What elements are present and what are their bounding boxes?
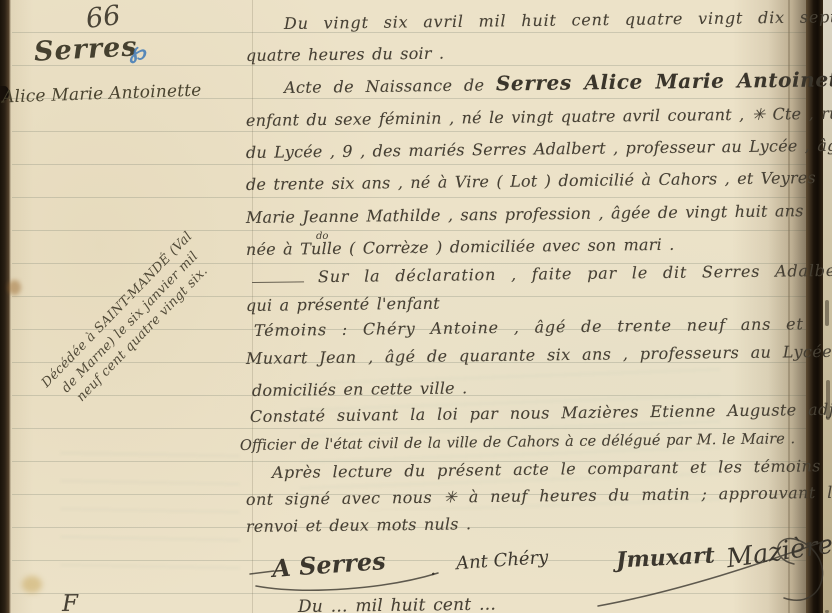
- foxing-stain: [22, 576, 42, 593]
- act-line-hour: quatre heures du soir .: [246, 44, 444, 66]
- act-line-13: domiciliés en cette ville .: [252, 378, 468, 401]
- act-line-15: Officier de l'état civil de la ville de …: [240, 429, 795, 456]
- signature-period: .: [430, 556, 436, 580]
- foxing-stain: [8, 280, 21, 295]
- act-line-9: Sur la déclaration , faite par le dit Se…: [252, 261, 832, 288]
- gutter-shadow: [806, 0, 823, 613]
- act-line-title: Acte de Naissance de Serres Alice Marie …: [284, 69, 832, 98]
- death-note-line: Décédée à SAINT-MANDÉ (Val: [4, 193, 231, 427]
- act-line-7: Marie Jeanne Mathilde , sans profession …: [246, 201, 804, 228]
- act-line-10: qui a présenté l'enfant: [246, 294, 440, 316]
- facing-page-ink-mark: [825, 300, 829, 326]
- act-title-label: Acte de Naissance de: [284, 76, 485, 97]
- act-line-16: Après lecture du présent acte le compara…: [272, 456, 821, 483]
- child-full-name: Serres Alice Marie Antoinette ,: [496, 67, 832, 96]
- next-act-first-line: Du … mil huit cent …: [298, 595, 496, 613]
- act-line-12: Muxart Jean , âgé de quarante six ans , …: [246, 342, 832, 369]
- act-number: 66: [84, 0, 122, 35]
- dash-flourish: [250, 571, 274, 574]
- death-note-line: de Marne) le six janvier mil: [17, 205, 244, 439]
- marginal-death-note: Décédée à SAINT-MANDÉ (Val de Marne) le …: [4, 193, 256, 451]
- act-line-8: née à Tulle ( Corrèze ) domiciliée avec …: [246, 235, 675, 260]
- margin-given-names: Alice Marie Antoinette: [2, 81, 202, 108]
- act-line-14: Constaté suivant la loi par nous Mazière…: [250, 399, 832, 427]
- signature-serres: A Serres: [271, 546, 386, 583]
- act-line-11: Témoins : Chéry Antoine , âgé de trente …: [254, 314, 804, 341]
- facing-page-sliver: [823, 0, 832, 613]
- signature-muxart: Jmuxart: [615, 542, 715, 573]
- act-line-18: renvoi et deux mots nuls .: [246, 514, 471, 537]
- paragraph-dash: [252, 272, 304, 283]
- act-line-date: Du vingt six avril mil huit cent quatre …: [284, 7, 832, 34]
- act-line-17: ont signé avec nous ✳ à neuf heures du m…: [246, 483, 832, 510]
- act-line-9-text: Sur la déclaration , faite par le dit Se…: [318, 261, 832, 287]
- death-note-line: neuf cent quatre vingt six.: [29, 218, 256, 452]
- register-page-scan: 66 Serres ℘ Alice Marie Antoinette Décéd…: [0, 0, 832, 613]
- interline-correction: do: [316, 231, 328, 242]
- ink-bleedthrough: [60, 430, 240, 590]
- signature-chery: Ant Chéry: [455, 547, 549, 574]
- margin-surname: Serres: [33, 31, 138, 67]
- act-line-6: de trente six ans , né à Vire ( Lot ) do…: [246, 168, 816, 195]
- act-line-5: du Lycée , 9 , des mariés Serres Adalber…: [246, 136, 832, 163]
- next-act-margin-initial: F: [62, 594, 78, 613]
- act-line-4: enfant du sexe féminin , né le vingt qua…: [246, 104, 832, 131]
